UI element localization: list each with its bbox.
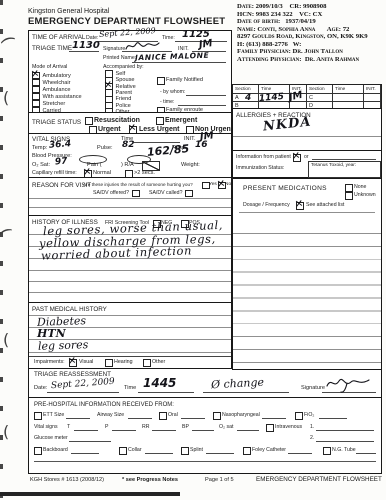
meds-none-label: None — [354, 185, 366, 190]
sadv-called-checkbox — [185, 190, 193, 198]
meds-none-checkbox — [345, 184, 353, 192]
pulse-value: 82 — [122, 141, 135, 150]
history-note-line: worried about infection — [41, 245, 192, 262]
reassess-note-value: Ø change — [211, 377, 264, 391]
info-or-label: or — [304, 155, 309, 160]
table-header-init: INIT. — [364, 85, 381, 94]
scanned-flowsheet-page: ( ( ( ( ( Kingston General Hospital EMER… — [0, 0, 386, 500]
footer-page-number: Page 1 of 5 — [205, 478, 234, 484]
fio2-checkbox — [295, 412, 303, 420]
airway-line — [128, 418, 152, 419]
time2-line — [178, 105, 226, 106]
ruled-line — [239, 212, 375, 213]
scan-bottom-bar — [0, 492, 180, 496]
ruled-line — [29, 207, 231, 208]
ng-tube-label: N.G. Tube — [332, 448, 356, 453]
immunization-label: Immunization Status: — [236, 166, 284, 171]
triage-reassessment-box: TRIAGE REASSESSMENT Date: Sept 22, 2009 … — [28, 368, 382, 399]
pmh-note-line: HTN — [37, 328, 66, 339]
visual-label: Visual — [79, 360, 93, 365]
info-from-patient-label: Information from patient — [236, 155, 291, 160]
pmh-note-line: leg sores — [38, 339, 89, 352]
backboard-checkbox — [34, 447, 42, 455]
capillary-refill-label: Capillary refill time: — [32, 171, 77, 176]
triage-status-label: TRIAGE STATUS — [32, 120, 81, 126]
triage-time-label: TRIAGE TIME — [32, 46, 72, 52]
patient-family-physician: Family Physician: Dr. John Tallon — [237, 48, 385, 56]
past-medical-history-box: PAST MEDICAL HISTORY Diabetes HTN leg so… — [28, 302, 232, 370]
hurting-yes-label: Yes — [209, 183, 217, 188]
ruled-line — [233, 136, 381, 137]
scan-artifact: ( — [3, 330, 9, 349]
accompanied-item-label: Friend — [116, 96, 132, 102]
footer-stores-number: KGH Stores # 1613 (2008/12) — [30, 478, 104, 484]
pre-hospital-box: PRE-HOSPITAL INFORMATION RECEIVED FROM: … — [28, 397, 382, 474]
oral-label: Oral — [168, 413, 178, 418]
pmh-label: PAST MEDICAL HISTORY — [32, 307, 107, 313]
pain-close-label: ) R/A — [121, 163, 134, 169]
ruled-line — [29, 292, 231, 293]
iv1-label: 1. — [310, 425, 314, 430]
ruled-line — [29, 270, 231, 271]
pre-hospital-label: PRE-HOSPITAL INFORMATION RECEIVED FROM: — [34, 402, 174, 408]
family-notified-label: Family Notified — [166, 78, 203, 84]
pmh-note-line: Diabetes — [37, 315, 86, 328]
rr-label: RR — [142, 425, 150, 430]
arrival-date-value: Sept 22, 2009 — [99, 27, 156, 39]
patient-dob: Date of birth: 1937/04/19 — [237, 18, 385, 26]
foley-checkbox — [243, 447, 251, 455]
intravenous-checkbox — [266, 424, 274, 432]
printed-name-value: JANICE MALONE — [135, 52, 209, 62]
reassess-signature-scribble — [325, 376, 371, 394]
iv2-label: 2. — [310, 436, 314, 441]
accompanied-item-label: Relative — [116, 84, 136, 90]
hearing-label: Hearing — [114, 360, 133, 365]
mode-item-label: Wheelchair — [43, 80, 71, 86]
t-label: T — [67, 425, 70, 430]
patient-address: 8297 Goulds Road, Kingston, ON, K9K 9K9 — [237, 33, 385, 41]
reassess-date-label: Date: — [34, 386, 47, 392]
by-whom-label: - by whom: — [160, 90, 185, 95]
intravenous-label: Intravenous — [275, 425, 302, 430]
hurting-no-label: No — [225, 183, 231, 188]
urgent-label: Urgent — [98, 126, 121, 133]
reason-for-visit-box: REASON FOR VISIT Are these injuries the … — [28, 177, 232, 217]
patient-info-block: Date: 2009/10/3 CR: 9908908 HCN: 9983 23… — [237, 3, 385, 63]
naso-checkbox — [213, 412, 221, 420]
other-impairment-checkbox — [143, 359, 151, 367]
table-cell — [333, 94, 364, 102]
page-title: EMERGENCY DEPARTMENT FLOWSHEET — [28, 17, 225, 27]
splint-checkbox — [181, 447, 189, 455]
footer-flowsheet-title: EMERGENCY DEPARTMENT FLOWSHEET — [256, 477, 382, 483]
foley-line — [288, 453, 312, 454]
table-b-section-value: 4 — [245, 94, 251, 103]
bp-value: 162/85 — [147, 143, 190, 158]
p-line — [112, 430, 136, 431]
info-or-line — [312, 159, 376, 160]
backboard-line — [71, 453, 99, 454]
t-line — [74, 430, 98, 431]
cap-normal-label: Normal — [93, 171, 111, 177]
temp-label: Temp: — [32, 146, 47, 152]
o2-sat-value: 97 — [55, 157, 68, 167]
table-header-time: Time — [333, 85, 364, 94]
footer-progress-notes: * see Progress Notes — [122, 478, 178, 484]
other-impairment-label: Other — [152, 360, 165, 365]
sadv-offered-checkbox — [132, 190, 140, 198]
prehosp-bp-line — [192, 430, 214, 431]
mode-of-arrival-list: Ambulatory Wheelchair Ambulance With ass… — [32, 72, 82, 114]
by-whom-line — [186, 95, 226, 96]
sadv-called-label: SA/DV called? — [149, 191, 182, 196]
mode-item-label: Stretcher — [43, 101, 66, 107]
hearing-checkbox — [105, 359, 113, 367]
table-header-section: Section — [307, 85, 333, 94]
patient-attending-physician: Attending Physician: Dr. Anita Rahman — [237, 56, 385, 64]
table-row-c: C — [307, 94, 333, 102]
ruled-line — [29, 352, 231, 353]
collar-label: Collar — [128, 448, 142, 453]
ng-tube-line — [356, 453, 376, 454]
naso-label: Nasopharyngeal — [222, 413, 260, 418]
splint-label: Splint — [190, 448, 203, 453]
section-time-table: Section Time INIT. Section Time INIT. A … — [232, 84, 382, 110]
patient-hcn-vc: HCN: 9983 234 322 VC: CX — [237, 11, 385, 19]
ett-label: ETT Size — [43, 413, 64, 418]
attached-list-label: See attached list — [306, 203, 344, 208]
fio2-label: FiO₂ — [304, 413, 314, 418]
table-cell — [364, 94, 381, 102]
visual-checkbox — [69, 359, 77, 367]
printed-name-line — [132, 62, 226, 63]
fio2-line — [319, 418, 347, 419]
mode-item-label: With assistance — [43, 94, 82, 100]
info-from-patient-checkbox — [293, 154, 301, 162]
accompanied-item-label: Parent — [116, 90, 132, 96]
o2-sat-label: O₂ Sat: — [32, 163, 50, 169]
scan-artifact: ( — [3, 88, 9, 107]
time-label: Time: — [162, 36, 175, 41]
accompanied-by-list: Self Spouse Relative Parent Friend Polic… — [105, 71, 136, 115]
sadv-offered-label: SA/DV offered? — [93, 191, 129, 196]
reassess-date-value: Sept 22, 2009 — [51, 378, 115, 391]
arrival-box: TIME OF ARRIVAL Date: Sept 22, 2009 Time… — [28, 30, 232, 114]
rr-line — [152, 430, 176, 431]
glucose-label: Glucose meter — [34, 436, 68, 441]
emergent-label: Emergent — [165, 117, 197, 124]
init-value: JM — [198, 39, 213, 51]
oral-line — [181, 418, 205, 419]
less-urgent-label: Less Urgent — [139, 126, 179, 133]
reassess-signature-label: Signature — [301, 386, 325, 392]
iv1-line — [316, 430, 374, 431]
patient-phone: H: (613) 888-2776 W: — [237, 41, 385, 49]
prehosp-bp-label: BP — [182, 425, 189, 430]
emergent-checkbox — [156, 117, 164, 125]
allergies-box: ALLERGIES + REACTION NKDA — [232, 108, 382, 152]
triage-time-value: 1130 — [72, 41, 100, 51]
accompanied-item-label: Self — [116, 71, 126, 77]
vital-signs-box: VITAL SIGNS Time INIT. JM Temp: 36.4 Pul… — [28, 133, 232, 179]
mode-item-label: Ambulance — [43, 87, 71, 93]
medication-ruled-lines — [233, 221, 381, 367]
accompanied-item-label: Police — [116, 103, 131, 109]
present-medications-box: PRESENT MEDICATIONS None Unknown Dosage … — [232, 178, 382, 370]
pulse-label: Pulse: — [97, 146, 113, 152]
temp-value: 36.4 — [49, 140, 72, 151]
scan-artifact: ( — [3, 422, 9, 441]
splint-line — [206, 453, 234, 454]
o2sat-label: O₂ sat — [219, 425, 233, 430]
prehosp-vitals-label: Vital signs — [34, 425, 58, 430]
family-notified-checkbox — [157, 77, 165, 85]
meds-unknown-label: Unknown — [354, 193, 376, 198]
ruled-line — [34, 461, 376, 462]
tetanus-box: Tetanus Toxoid, year: — [308, 161, 381, 178]
triage-time-line — [69, 51, 99, 52]
ruled-line — [29, 198, 231, 199]
weight-label: Weight: — [181, 163, 200, 169]
history-of-illness-box: HISTORY OF ILLNESS FRI Screening Tool NE… — [28, 215, 232, 304]
ett-line — [66, 418, 90, 419]
o2sat-line — [237, 430, 259, 431]
patient-name-age: Name: Conti, Sophia Anna Age: 72 — [237, 26, 385, 34]
reassess-time-value: 1445 — [143, 377, 176, 389]
ruled-line — [29, 356, 231, 357]
reassess-time-label: Time — [124, 386, 136, 392]
ett-checkbox — [34, 412, 42, 420]
impairments-label: Impairments: — [34, 360, 65, 365]
ng-tube-checkbox — [323, 447, 331, 455]
info-source-box: Information from patient or Immunization… — [232, 150, 382, 178]
foley-label: Foley Catheter — [252, 448, 286, 453]
ruled-line — [29, 281, 231, 282]
oral-checkbox — [159, 412, 167, 420]
reassess-note-line — [203, 392, 289, 393]
signature-scribble — [125, 40, 161, 52]
hospital-name: Kingston General Hospital — [28, 8, 109, 15]
attached-list-checkbox — [296, 202, 304, 210]
printed-name-label: Printed Name: — [103, 56, 136, 61]
dosage-frequency-label: Dosage / Frequency — [243, 203, 290, 208]
resuscitation-checkbox — [85, 117, 93, 125]
cap-secs-label: >2 secs. — [134, 171, 155, 177]
collar-line — [145, 453, 173, 454]
naso-line — [262, 418, 286, 419]
medications-label: PRESENT MEDICATIONS — [243, 186, 327, 193]
time2-label: - time: — [160, 100, 174, 105]
collar-checkbox — [119, 447, 127, 455]
iv2-line — [316, 441, 374, 442]
airway-label: Airway Size — [97, 413, 124, 418]
resp-value: 16 — [195, 141, 208, 150]
meds-unknown-checkbox — [345, 192, 353, 200]
accompanied-item-label: Spouse — [116, 77, 135, 83]
allergies-value: NKDA — [262, 115, 312, 133]
mode-item-label: Ambulatory — [43, 73, 71, 79]
patient-date-cr: Date: 2009/10/3 CR: 9908908 — [237, 3, 385, 11]
reassess-time-line — [138, 392, 194, 393]
p-label: P — [105, 425, 108, 430]
reassess-date-line — [47, 392, 119, 393]
backboard-label: Backboard — [43, 448, 68, 453]
tetanus-label: Tetanus Toxoid, year: — [311, 164, 356, 169]
hurting-question: Are these injuries the result of someone… — [83, 183, 193, 188]
glucose-line — [69, 441, 111, 442]
